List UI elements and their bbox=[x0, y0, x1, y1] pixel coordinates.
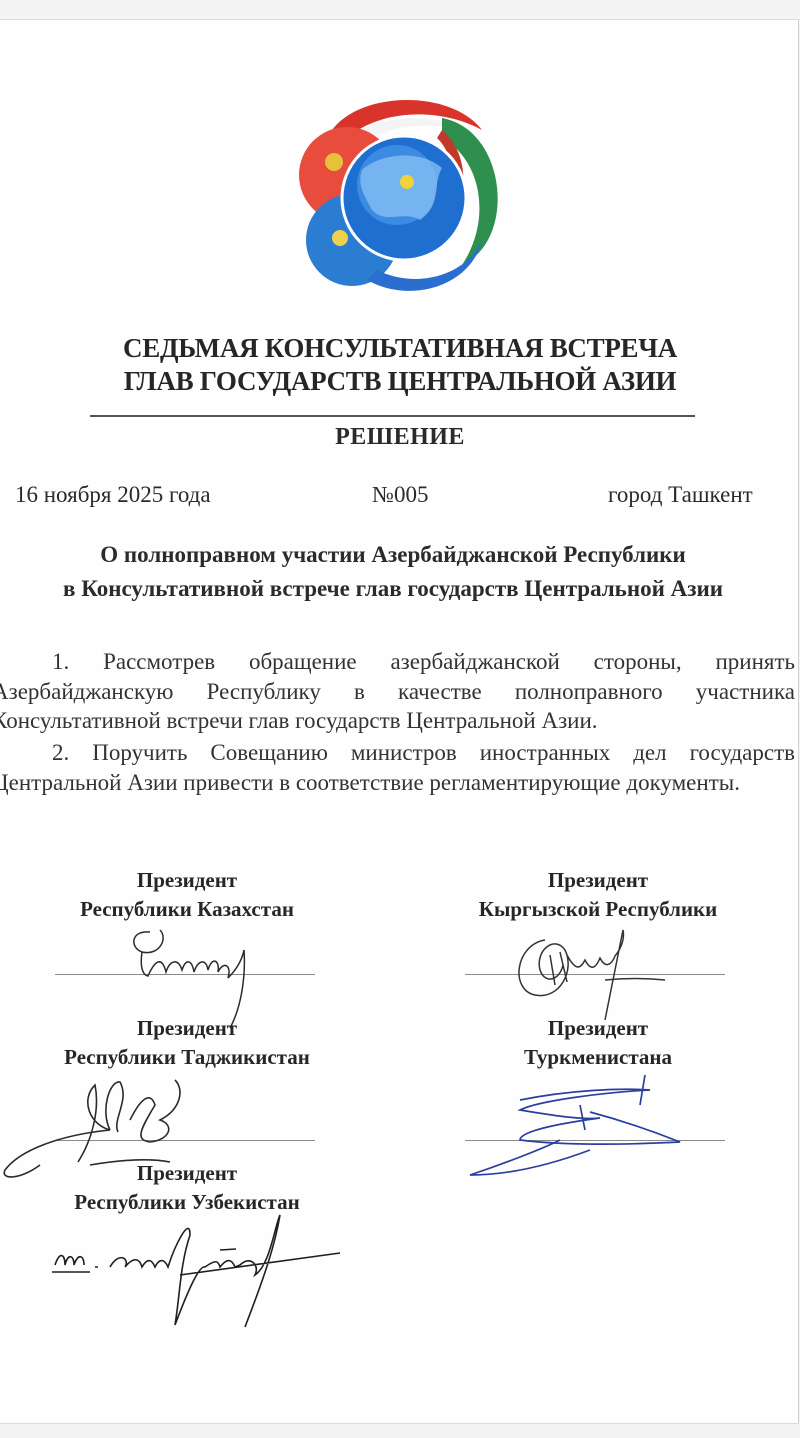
title-line-2: ГЛАВ ГОСУДАРСТВ ЦЕНТРАЛЬНОЙ АЗИИ bbox=[0, 365, 800, 398]
signatory-turkmenistan: Президент Туркменистана bbox=[448, 1014, 748, 1072]
signature-turkmenistan bbox=[460, 1070, 700, 1180]
signatory-country: Республики Таджикистан bbox=[37, 1043, 337, 1072]
paragraph-1: 1. Рассмотрев обращение азербайджанской … bbox=[0, 647, 795, 736]
header-divider bbox=[90, 415, 695, 417]
title-line-1: СЕДЬМАЯ КОНСУЛЬТАТИВНАЯ ВСТРЕЧА bbox=[0, 332, 800, 365]
document-subject: О полноправном участии Азербайджанской Р… bbox=[0, 538, 786, 606]
document-city: город Ташкент bbox=[608, 482, 753, 508]
signature-uzbekistan bbox=[40, 1205, 380, 1345]
signatory-title: Президент bbox=[37, 1014, 337, 1043]
document-page: СЕДЬМАЯ КОНСУЛЬТАТИВНАЯ ВСТРЕЧА ГЛАВ ГОС… bbox=[0, 19, 799, 1424]
page-title: СЕДЬМАЯ КОНСУЛЬТАТИВНАЯ ВСТРЕЧА ГЛАВ ГОС… bbox=[0, 332, 800, 398]
subject-line-2: в Консультативной встрече глав государст… bbox=[0, 572, 786, 606]
document-date: 16 ноября 2025 года bbox=[15, 482, 211, 508]
document-type: РЕШЕНИЕ bbox=[0, 424, 800, 451]
paragraph-2: 2. Поручить Совещанию министров иностран… bbox=[0, 738, 795, 797]
signatory-tajikistan: Президент Республики Таджикистан bbox=[37, 1014, 337, 1072]
signatory-country: Туркменистана bbox=[448, 1043, 748, 1072]
signatory-title: Президент bbox=[37, 866, 337, 895]
signatory-title: Президент bbox=[448, 866, 748, 895]
subject-line-1: О полноправном участии Азербайджанской Р… bbox=[0, 538, 786, 572]
signature-kyrgyzstan bbox=[505, 910, 675, 1030]
signatory-title: Президент bbox=[448, 1014, 748, 1043]
signatory-kazakhstan: Президент Республики Казахстан bbox=[37, 866, 337, 924]
paragraph-1-text: 1. Рассмотрев обращение азербайджанской … bbox=[0, 649, 795, 733]
document-number: №005 bbox=[372, 482, 428, 508]
paragraph-2-text: 2. Поручить Совещанию министров иностран… bbox=[0, 740, 795, 795]
summit-emblem-logo bbox=[292, 90, 512, 300]
signatory-title: Президент bbox=[37, 1159, 337, 1188]
